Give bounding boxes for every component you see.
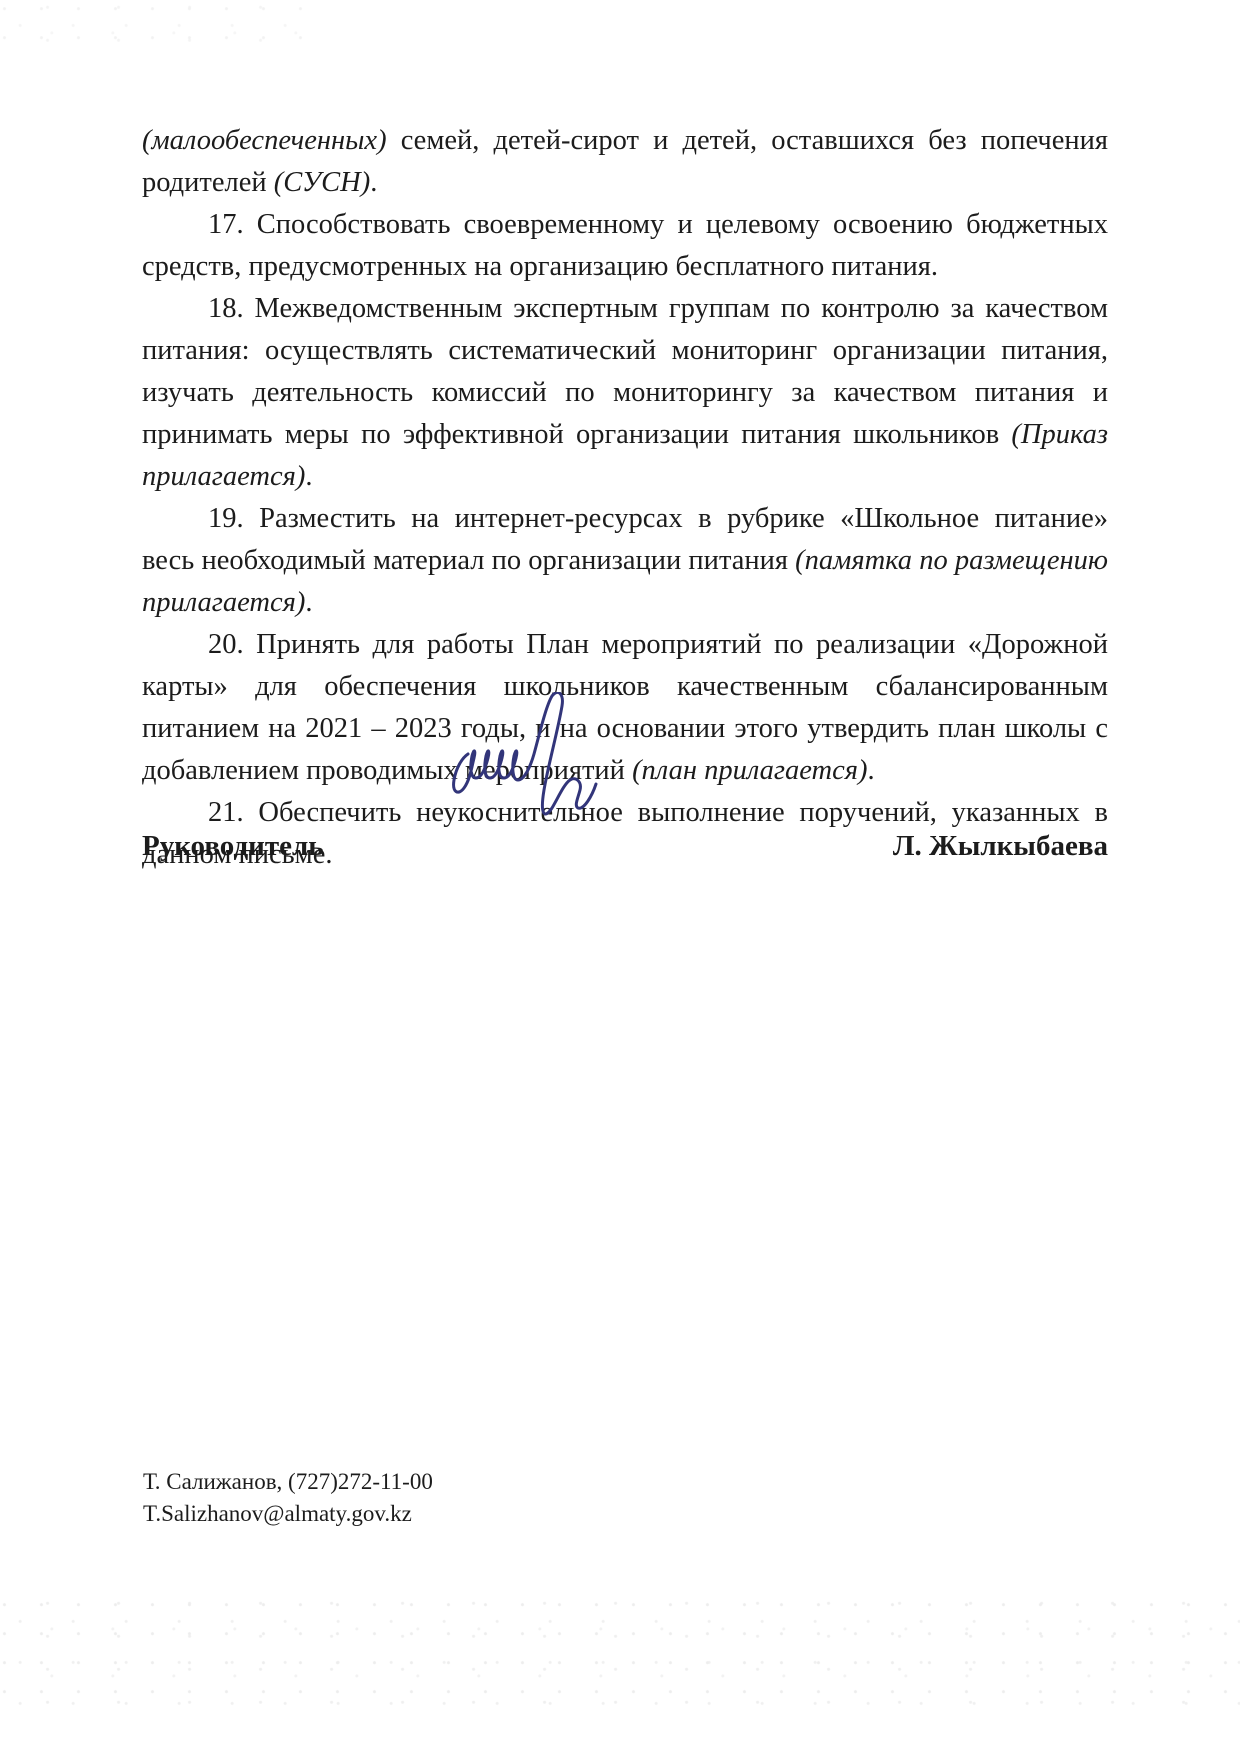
text-segment: . xyxy=(867,755,874,786)
signer-role-label: Руководитель xyxy=(142,830,324,863)
scan-artifact-bottom xyxy=(0,1596,1240,1706)
signature-block: Руководитель Л. Жылкыбаева xyxy=(142,830,1108,863)
contact-email: T.Salizhanov@almaty.gov.kz xyxy=(143,1498,433,1530)
text-segment: 18. Межведомственным экспертным группам … xyxy=(142,293,1108,450)
text-segment: 17. Способствовать своевременному и целе… xyxy=(142,209,1108,282)
text-segment: (малообеспеченных) xyxy=(142,125,387,156)
text-segment: . xyxy=(305,461,312,492)
scan-artifact-top xyxy=(0,0,320,60)
paragraph: 19. Разместить на интернет-ресурсах в ру… xyxy=(142,498,1108,624)
document-page: (малообеспеченных) семей, детей-сирот и … xyxy=(0,0,1240,1755)
handwritten-signature-icon xyxy=(440,692,670,827)
text-segment: . xyxy=(305,587,312,618)
contact-person-phone: Т. Салижанов, (727)272-11-00 xyxy=(143,1466,433,1498)
text-segment: (СУСН) xyxy=(274,167,370,198)
contact-footer: Т. Салижанов, (727)272-11-00 T.Salizhano… xyxy=(143,1466,433,1530)
text-segment: . xyxy=(370,167,377,198)
paragraph: 17. Способствовать своевременному и целе… xyxy=(142,204,1108,288)
paragraph: (малообеспеченных) семей, детей-сирот и … xyxy=(142,120,1108,204)
signature-stroke xyxy=(454,692,596,814)
paragraph: 18. Межведомственным экспертным группам … xyxy=(142,288,1108,498)
signer-name: Л. Жылкыбаева xyxy=(893,830,1108,863)
